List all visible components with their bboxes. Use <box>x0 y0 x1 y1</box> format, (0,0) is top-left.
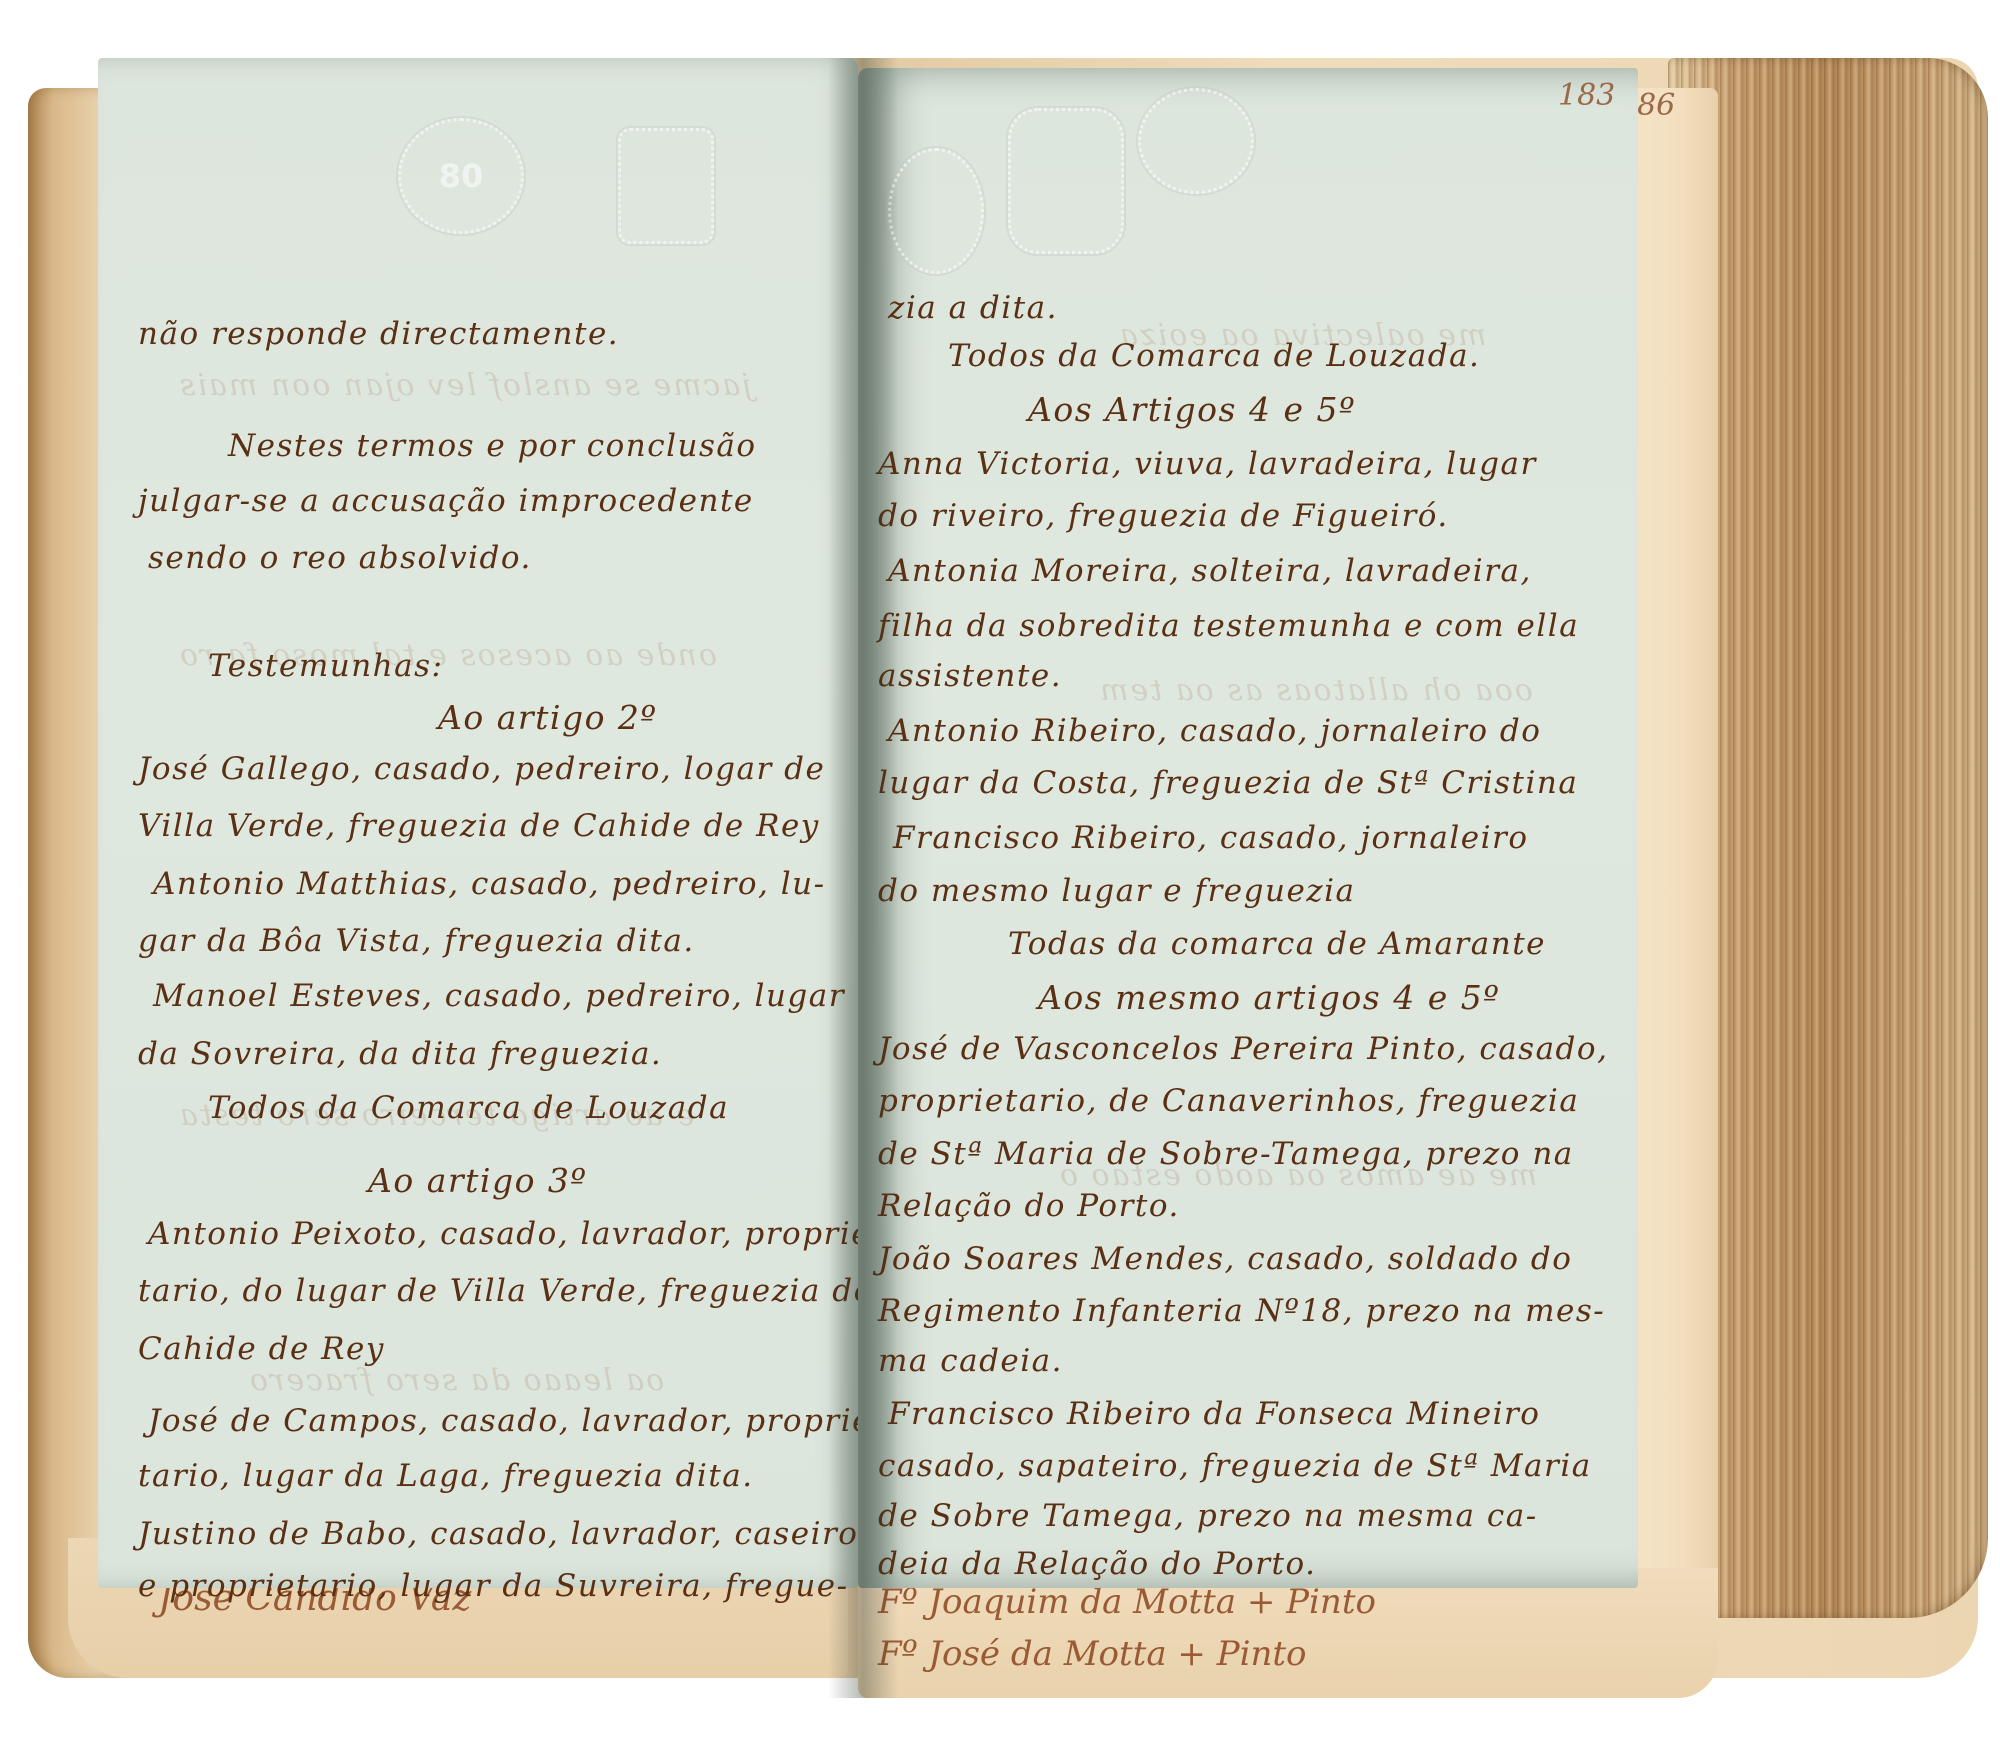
text-line: Todos da Comarca de Louzada. <box>948 338 1480 374</box>
text-line: Justino de Babo, casado, lavrador, casei… <box>138 1516 858 1552</box>
text-line: Antonio Matthias, casado, pedreiro, lu- <box>153 866 826 902</box>
section-heading: Ao artigo 3º <box>368 1161 587 1200</box>
text-line: julgar-se a accusação improcedente <box>138 483 754 519</box>
text-line: proprietario, de Canaverinhos, freguezia <box>878 1083 1579 1119</box>
open-book: 186 José Candido Vaz Fº Joaquim da Motta… <box>28 58 1978 1698</box>
text-line: filha da sobredita testemunha e com ella <box>878 608 1579 644</box>
embossed-seal-icon <box>888 148 984 274</box>
text-line: Antonio Ribeiro, casado, jornaleiro do <box>888 713 1541 749</box>
text-line: deia da Relação do Porto. <box>878 1546 1316 1582</box>
right-page: 183 me oalectiva oa eoiza ooa oh allatoa… <box>858 68 1638 1588</box>
text-line: José de Vasconcelos Pereira Pinto, casad… <box>878 1031 1608 1067</box>
text-line: Testemunhas: <box>208 648 443 684</box>
text-line: tario, do lugar de Villa Verde, freguezi… <box>138 1273 873 1309</box>
text-line: Todos da Comarca de Louzada <box>208 1090 729 1126</box>
text-line: da Sovreira, da dita freguezia. <box>138 1036 662 1072</box>
embossed-seal-icon <box>1138 88 1254 194</box>
photo-scene: 186 José Candido Vaz Fº Joaquim da Motta… <box>0 0 2000 1754</box>
text-line: de Stª Maria de Sobre-Tamega, prezo na <box>878 1136 1574 1172</box>
text-line: e proprietario, lugar da Suvreira, fregu… <box>138 1568 849 1604</box>
section-heading: Ao artigo 2º <box>438 698 657 737</box>
text-line: Manoel Esteves, casado, pedreiro, lugar <box>153 978 845 1014</box>
text-line: Antonia Moreira, solteira, lavradeira, <box>888 553 1532 589</box>
text-line: gar da Bôa Vista, freguezia dita. <box>138 923 695 959</box>
text-line: Francisco Ribeiro da Fonseca Mineiro <box>888 1396 1540 1432</box>
text-line: zia a dita. <box>888 290 1058 326</box>
right-signature-1: Fº Joaquim da Motta + Pinto <box>878 1582 1376 1622</box>
left-page: 80 jacme se anslof lev ojan oon mais ond… <box>98 58 858 1588</box>
text-line: Anna Victoria, viuva, lavradeira, lugar <box>878 446 1537 482</box>
text-line: Cahide de Rey <box>138 1331 385 1367</box>
right-signature-2: Fº José da Motta + Pinto <box>878 1634 1306 1674</box>
text-line: tario, lugar da Laga, freguezia dita. <box>138 1458 754 1494</box>
text-line: Villa Verde, freguezia de Cahide de Rey <box>138 808 820 844</box>
text-line: ma cadeia. <box>878 1343 1063 1379</box>
text-line: Francisco Ribeiro, casado, jornaleiro <box>893 820 1529 856</box>
text-line: Todas da comarca de Amarante <box>1008 926 1546 962</box>
text-line: Relação do Porto. <box>878 1188 1180 1224</box>
section-heading: Aos mesmo artigos 4 e 5º <box>1038 978 1500 1017</box>
text-line: lugar da Costa, freguezia de Stª Cristin… <box>878 765 1578 801</box>
page-number: 183 <box>1558 78 1615 113</box>
text-line: de Sobre Tamega, prezo na mesma ca- <box>878 1498 1538 1534</box>
text-line: João Soares Mendes, casado, soldado do <box>878 1241 1572 1277</box>
text-line: do mesmo lugar e freguezia <box>878 873 1356 909</box>
embossed-crest-icon <box>1008 108 1124 254</box>
text-line: sendo o reo absolvido. <box>148 540 532 576</box>
text-line: não responde directamente. <box>138 316 619 352</box>
text-line: José de Campos, casado, lavrador, propri… <box>148 1403 884 1439</box>
text-line: Regimento Infanteria Nº18, prezo na mes- <box>878 1293 1605 1329</box>
text-line: Antonio Peixoto, casado, lavrador, propr… <box>148 1216 883 1252</box>
text-line: casado, sapateiro, freguezia de Stª Mari… <box>878 1448 1592 1484</box>
section-heading: Aos Artigos 4 e 5º <box>1028 390 1356 429</box>
text-line: assistente. <box>878 658 1062 694</box>
text-line: Nestes termos e por conclusão <box>228 428 757 464</box>
text-line: do riveiro, freguezia de Figueiró. <box>878 498 1449 534</box>
embossed-crest-icon <box>618 128 714 244</box>
embossed-seal-icon: 80 <box>398 118 524 234</box>
text-line: José Gallego, casado, pedreiro, logar de <box>138 751 825 787</box>
